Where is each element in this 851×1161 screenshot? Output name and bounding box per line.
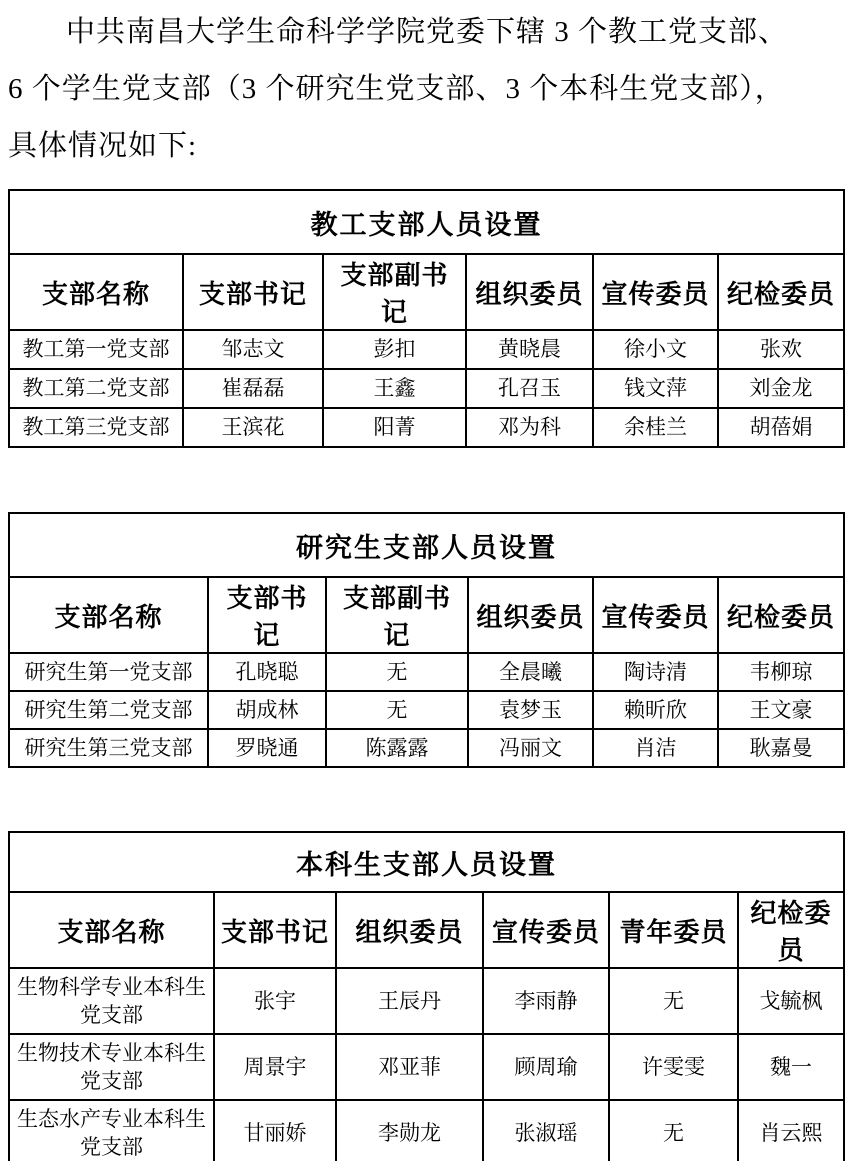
table-cell: 黄晓晨	[466, 330, 593, 369]
table-cell: 王滨花	[183, 408, 323, 447]
table-cell: 研究生第二党支部	[9, 691, 208, 729]
table-cell: 钱文萍	[593, 369, 718, 408]
column-header: 支部书记	[183, 254, 323, 330]
intro-line-3: 具体情况如下:	[8, 118, 843, 175]
table-cell: 研究生第三党支部	[9, 729, 208, 767]
table-cell: 张欢	[718, 330, 844, 369]
table-row: 教工第三党支部 王滨花 阳菁 邓为科 余桂兰 胡蓓娟	[9, 408, 844, 447]
table-title-row: 本科生支部人员设置	[9, 832, 844, 892]
table-cell: 徐小文	[593, 330, 718, 369]
intro-line-2: 6 个学生党支部（3 个研究生党支部、3 个本科生党支部），	[8, 61, 843, 118]
column-header: 支部副书记	[326, 577, 468, 653]
table-cell: 顾周瑜	[483, 1034, 609, 1100]
table-cell: 韦柳琼	[718, 653, 844, 691]
table-title-row: 研究生支部人员设置	[9, 513, 844, 577]
column-header: 青年委员	[609, 892, 738, 968]
table-title-row: 教工支部人员设置	[9, 190, 844, 254]
table-header-row: 支部名称 支部书记 支部副书记 组织委员 宣传委员 纪检委员	[9, 577, 844, 653]
table-cell: 崔磊磊	[183, 369, 323, 408]
column-header: 支部副书记	[323, 254, 466, 330]
column-header: 支部名称	[9, 577, 208, 653]
table-cell: 阳菁	[323, 408, 466, 447]
column-header: 支部名称	[9, 892, 214, 968]
table-cell: 张宇	[214, 968, 336, 1034]
table-cell: 罗晓通	[208, 729, 326, 767]
table-cell: 袁梦玉	[468, 691, 593, 729]
table-cell: 魏一	[738, 1034, 844, 1100]
table-cell: 冯丽文	[468, 729, 593, 767]
table-cell: 孔晓聪	[208, 653, 326, 691]
table-cell: 戈毓枫	[738, 968, 844, 1034]
table-cell: 无	[609, 1100, 738, 1161]
table-title: 教工支部人员设置	[9, 190, 844, 254]
table-cell: 孔召玉	[466, 369, 593, 408]
table-header-row: 支部名称 支部书记 支部副书记 组织委员 宣传委员 纪检委员	[9, 254, 844, 330]
table-cell: 耿嘉曼	[718, 729, 844, 767]
table-cell: 肖云熙	[738, 1100, 844, 1161]
intro-line-1: 中共南昌大学生命科学学院党委下辖 3 个教工党支部、	[8, 4, 843, 61]
table-cell: 生态水产专业本科生党支部	[9, 1100, 214, 1161]
table-cell: 李勋龙	[336, 1100, 483, 1161]
graduate-branch-table: 研究生支部人员设置 支部名称 支部书记 支部副书记 组织委员 宣传委员 纪检委员…	[8, 512, 845, 768]
table-cell: 赖昕欣	[593, 691, 718, 729]
table-cell: 生物科学专业本科生党支部	[9, 968, 214, 1034]
column-header: 支部名称	[9, 254, 183, 330]
table-cell: 无	[326, 653, 468, 691]
table-cell: 甘丽娇	[214, 1100, 336, 1161]
table-cell: 王辰丹	[336, 968, 483, 1034]
table-cell: 张淑瑶	[483, 1100, 609, 1161]
table-cell: 周景宇	[214, 1034, 336, 1100]
table-cell: 生物技术专业本科生党支部	[9, 1034, 214, 1100]
table-cell: 彭扣	[323, 330, 466, 369]
table-cell: 无	[326, 691, 468, 729]
column-header: 组织委员	[336, 892, 483, 968]
table-row: 生态水产专业本科生党支部 甘丽娇 李勋龙 张淑瑶 无 肖云熙	[9, 1100, 844, 1161]
table-cell: 许雯雯	[609, 1034, 738, 1100]
table-cell: 全晨曦	[468, 653, 593, 691]
undergraduate-branch-table: 本科生支部人员设置 支部名称 支部书记 组织委员 宣传委员 青年委员 纪检委员 …	[8, 831, 845, 1161]
table-title: 研究生支部人员设置	[9, 513, 844, 577]
table-cell: 刘金龙	[718, 369, 844, 408]
table-row: 教工第一党支部 邹志文 彭扣 黄晓晨 徐小文 张欢	[9, 330, 844, 369]
table-cell: 邓为科	[466, 408, 593, 447]
column-header: 宣传委员	[483, 892, 609, 968]
table-cell: 研究生第一党支部	[9, 653, 208, 691]
faculty-branch-table: 教工支部人员设置 支部名称 支部书记 支部副书记 组织委员 宣传委员 纪检委员 …	[8, 189, 845, 448]
table-cell: 陈露露	[326, 729, 468, 767]
table-cell: 教工第二党支部	[9, 369, 183, 408]
table-cell: 教工第三党支部	[9, 408, 183, 447]
table-cell: 王鑫	[323, 369, 466, 408]
column-header: 组织委员	[468, 577, 593, 653]
table-cell: 胡蓓娟	[718, 408, 844, 447]
table-row: 研究生第一党支部 孔晓聪 无 全晨曦 陶诗清 韦柳琼	[9, 653, 844, 691]
column-header: 纪检委员	[718, 577, 844, 653]
table-row: 生物科学专业本科生党支部 张宇 王辰丹 李雨静 无 戈毓枫	[9, 968, 844, 1034]
column-header: 支部书记	[208, 577, 326, 653]
column-header: 支部书记	[214, 892, 336, 968]
table-cell: 肖洁	[593, 729, 718, 767]
intro-paragraph: 中共南昌大学生命科学学院党委下辖 3 个教工党支部、 6 个学生党支部（3 个研…	[8, 4, 843, 175]
table-cell: 陶诗清	[593, 653, 718, 691]
column-header: 宣传委员	[593, 254, 718, 330]
document-page: 中共南昌大学生命科学学院党委下辖 3 个教工党支部、 6 个学生党支部（3 个研…	[0, 0, 851, 1161]
column-header: 宣传委员	[593, 577, 718, 653]
column-header: 纪检委员	[738, 892, 844, 968]
table-title: 本科生支部人员设置	[9, 832, 844, 892]
table-cell: 李雨静	[483, 968, 609, 1034]
table-row: 研究生第二党支部 胡成林 无 袁梦玉 赖昕欣 王文豪	[9, 691, 844, 729]
column-header: 组织委员	[466, 254, 593, 330]
table-cell: 邹志文	[183, 330, 323, 369]
table-header-row: 支部名称 支部书记 组织委员 宣传委员 青年委员 纪检委员	[9, 892, 844, 968]
table-cell: 邓亚菲	[336, 1034, 483, 1100]
table-row: 研究生第三党支部 罗晓通 陈露露 冯丽文 肖洁 耿嘉曼	[9, 729, 844, 767]
table-cell: 无	[609, 968, 738, 1034]
table-cell: 余桂兰	[593, 408, 718, 447]
table-cell: 教工第一党支部	[9, 330, 183, 369]
table-row: 教工第二党支部 崔磊磊 王鑫 孔召玉 钱文萍 刘金龙	[9, 369, 844, 408]
table-cell: 胡成林	[208, 691, 326, 729]
table-row: 生物技术专业本科生党支部 周景宇 邓亚菲 顾周瑜 许雯雯 魏一	[9, 1034, 844, 1100]
table-cell: 王文豪	[718, 691, 844, 729]
column-header: 纪检委员	[718, 254, 844, 330]
